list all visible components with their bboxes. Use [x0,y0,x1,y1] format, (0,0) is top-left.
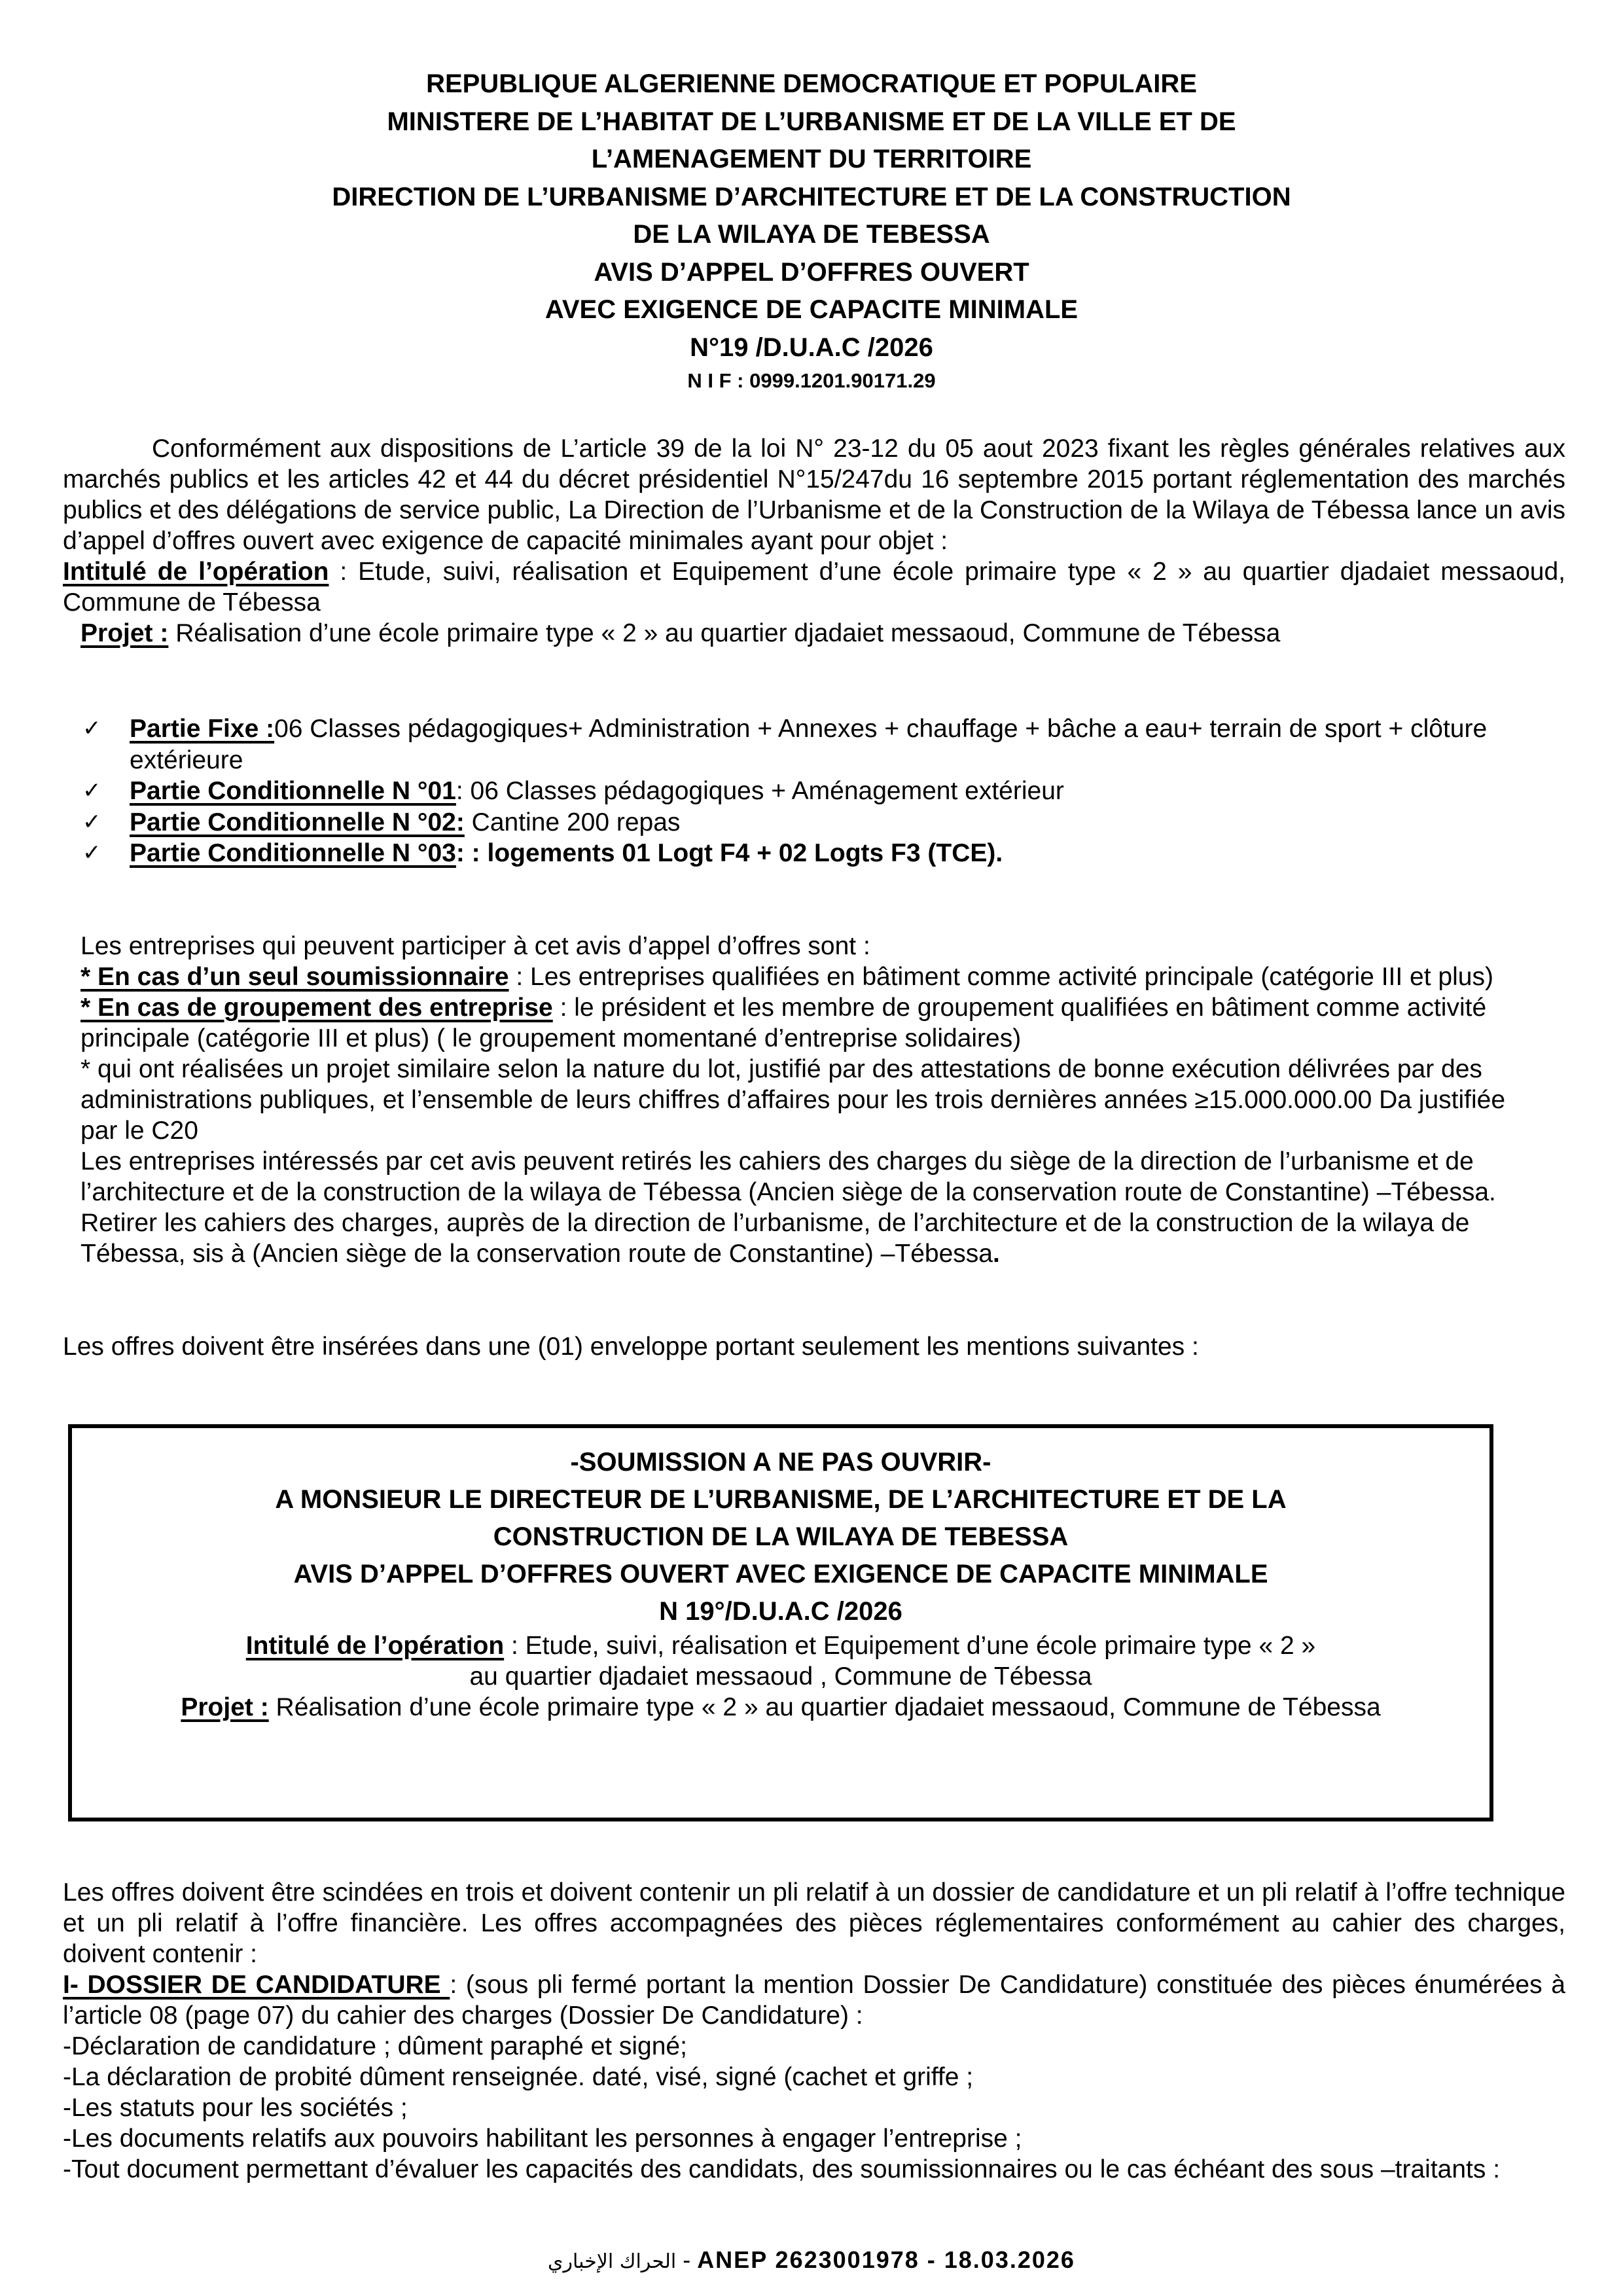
list-item: ✓Partie Conditionnelle N °02: Cantine 20… [82,807,1568,838]
parts-list: ✓Partie Fixe :06 Classes pédagogiques+ A… [82,713,1568,869]
list-item: ✓Partie Fixe :06 Classes pédagogiques+ A… [82,713,1568,776]
box-line: -SOUMISSION A NE PAS OUVRIR- [72,1444,1489,1481]
nif-number: N I F : 0999.1201.90171.29 [0,367,1623,395]
header-line: MINISTERE DE L’HABITAT DE L’URBANISME ET… [0,103,1623,141]
intro-paragraph: Conformément aux dispositions de L’artic… [63,433,1565,556]
intro-section: Conformément aux dispositions de L’artic… [63,433,1565,649]
single-bidder: * En cas d’un seul soumissionnaire : Les… [80,961,1507,992]
header-line: DE LA WILAYA DE TEBESSA [0,216,1623,254]
header-line: REPUBLIQUE ALGERIENNE DEMOCRATIQUE ET PO… [0,65,1623,103]
checkmark-icon: ✓ [82,838,101,869]
header-line: AVEC EXIGENCE DE CAPACITE MINIMALE [0,291,1623,329]
similar-projects: * qui ont réalisées un projet similaire … [80,1054,1507,1146]
dossier-item: -Les statuts pour les sociétés ; [63,2092,1565,2123]
header-line: DIRECTION DE L’URBANISME D’ARCHITECTURE … [0,179,1623,217]
list-item: ✓Partie Conditionnelle N °03: : logement… [82,838,1568,869]
header-line: L’AMENAGEMENT DU TERRITOIRE [0,141,1623,179]
box-projet: Projet : Réalisation d’une école primair… [72,1692,1489,1723]
part-label: Partie Conditionnelle N °03 [130,839,456,867]
document-header: REPUBLIQUE ALGERIENNE DEMOCRATIQUE ET PO… [0,65,1623,395]
newspaper-name: الحراك الإخباري [548,2250,676,2273]
part-label: Partie Conditionnelle N °01 [130,777,456,805]
envelope-box: -SOUMISSION A NE PAS OUVRIR- A MONSIEUR … [68,1424,1493,1821]
list-item: ✓Partie Conditionnelle N °01: 06 Classes… [82,776,1568,807]
offers-paragraph: Les offres doivent être scindées en troi… [63,1877,1565,1969]
anep-reference: ANEP 2623001978 - 18.03.2026 [697,2246,1075,2273]
box-line: CONSTRUCTION DE LA WILAYA DE TEBESSA [72,1518,1489,1556]
single-bidder-label: * En cas d’un seul soumissionnaire [80,963,509,991]
dossier-label: I- DOSSIER DE CANDIDATURE [63,1971,450,1999]
part-text: : 06 Classes pédagogiques + Aménagement … [456,777,1064,805]
dossier-item: -La déclaration de probité dûment rensei… [63,2062,1565,2092]
checkmark-icon: ✓ [82,807,101,838]
dossier-item: -Les documents relatifs aux pouvoirs hab… [63,2123,1565,2154]
operation-line: Intitulé de l’opération : Etude, suivi, … [63,556,1565,618]
eligibility-section: Les entreprises qui peuvent participer à… [80,931,1507,1269]
part-text: : : logements 01 Logt F4 + 02 Logts F3 (… [456,839,1003,867]
part-label: Partie Conditionnelle N °02: [130,808,465,836]
checkmark-icon: ✓ [82,776,101,807]
box-operation: Intitulé de l’opération : Etude, suivi, … [72,1630,1489,1661]
projet-line: Projet : Réalisation d’une école primair… [63,618,1565,649]
operation-label: Intitulé de l’opération [63,558,329,586]
group-bidder-label: * En cas de groupement des entreprise [80,994,553,1022]
footer: الحراك الإخباري - ANEP 2623001978 - 18.0… [0,2246,1623,2274]
group-bidder: * En cas de groupement des entreprise : … [80,992,1507,1054]
header-line: AVIS D’APPEL D’OFFRES OUVERT [0,254,1623,292]
single-bidder-text: : Les entreprises qualifiées en bâtiment… [509,963,1493,991]
dossier-candidature: I- DOSSIER DE CANDIDATURE : (sous pli fe… [63,1969,1565,2031]
withdraw-notice: Les entreprises intéressés par cet avis … [80,1146,1507,1208]
offers-section: Les offres doivent être scindées en troi… [63,1877,1565,2185]
part-text: 06 Classes pédagogiques+ Administration … [130,715,1487,774]
withdraw-location: Retirer les cahiers des charges, auprès … [80,1208,1507,1269]
box-tender-number: N 19°/D.U.A.C /2026 [72,1593,1489,1630]
part-label: Partie Fixe : [130,715,274,743]
tender-number: N°19 /D.U.A.C /2026 [0,329,1623,367]
dossier-item: -Tout document permettant d’évaluer les … [63,2154,1565,2185]
projet-text: Réalisation d’une école primaire type « … [168,619,1280,647]
box-operation-cont: au quartier djadaiet messaoud , Commune … [72,1661,1489,1692]
dossier-item: -Déclaration de candidature ; dûment par… [63,2031,1565,2062]
box-line: A MONSIEUR LE DIRECTEUR DE L’URBANISME, … [72,1481,1489,1518]
envelope-instruction: Les offres doivent être insérées dans un… [63,1331,1565,1362]
projet-label: Projet : [80,619,168,647]
checkmark-icon: ✓ [82,713,101,745]
box-line: AVIS D’APPEL D’OFFRES OUVERT AVEC EXIGEN… [72,1556,1489,1593]
eligibility-intro: Les entreprises qui peuvent participer à… [80,931,1507,961]
part-text: Cantine 200 repas [465,808,681,836]
